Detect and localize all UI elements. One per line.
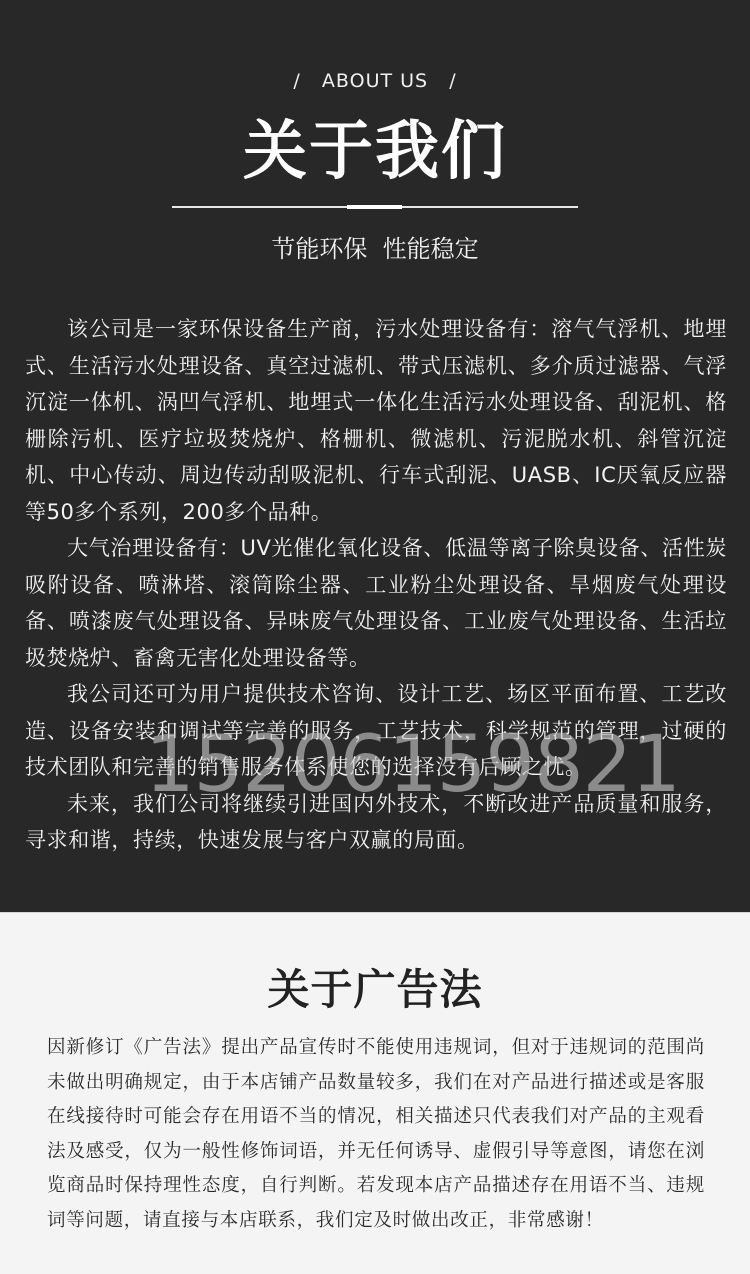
- about-us-title: 关于我们: [0, 110, 750, 194]
- ad-law-title: 关于广告法: [0, 957, 750, 1017]
- paragraph-air-treatment: 大气治理设备有：UV光催化氧化设备、低温等离子除臭设备、活性炭吸附设备、喷淋塔、…: [25, 530, 727, 676]
- paragraph-future: 未来，我们公司将继续引进国内外技术，不断改进产品质量和服务，寻求和谐，持续，快速…: [25, 786, 727, 859]
- ad-law-disclaimer: 因新修订《广告法》提出产品宣传时不能使用违规词，但对于违规词的范围尚未做出明确规…: [47, 1031, 705, 1238]
- paragraph-services: 我公司还可为用户提供技术咨询、设计工艺、场区平面布置、工艺改造、设备安装和调试等…: [25, 676, 727, 786]
- about-us-section: / ABOUT US / 关于我们 节能环保 性能稳定 该公司是一家环保设备生产…: [0, 0, 750, 912]
- ad-law-section: 关于广告法 因新修订《广告法》提出产品宣传时不能使用违规词，但对于违规词的范围尚…: [0, 912, 750, 1274]
- paragraph-water-treatment: 该公司是一家环保设备生产商，污水处理设备有：溶气气浮机、地埋式、生活污水处理设备…: [25, 311, 727, 530]
- company-description: 该公司是一家环保设备生产商，污水处理设备有：溶气气浮机、地埋式、生活污水处理设备…: [25, 311, 727, 859]
- about-us-tagline: 节能环保 性能稳定: [0, 229, 750, 264]
- title-divider-accent: [347, 205, 402, 209]
- about-us-eyebrow: / ABOUT US /: [0, 70, 750, 92]
